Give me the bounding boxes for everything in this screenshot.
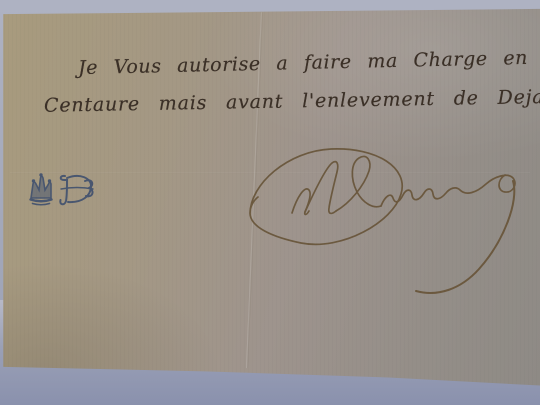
handwritten-line-1: Je Vous autorise a faire ma Charge en (78, 47, 528, 79)
letter-paper: Je Vous autorise a faire ma Charge en Ce… (0, 0, 540, 405)
handwritten-line-2: Centaure mais avant l'enlevement de Deja… (44, 85, 540, 116)
crown-monogram-icon: crowned AD monogram stamp (25, 168, 99, 212)
photo-of-handwritten-note: Je Vous autorise a faire ma Charge en Ce… (0, 0, 540, 405)
